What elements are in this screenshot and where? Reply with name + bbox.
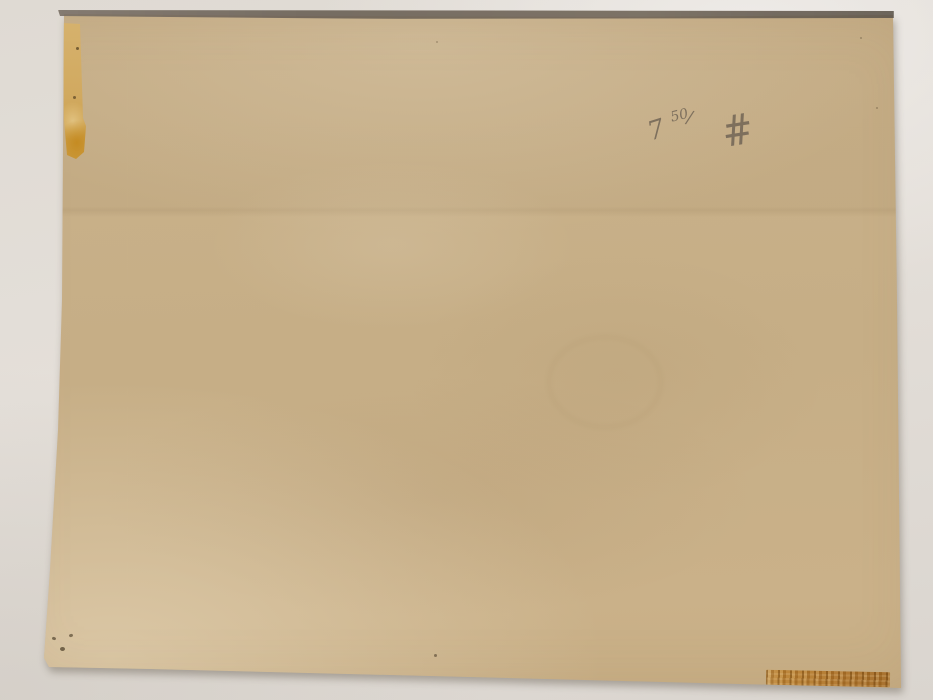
tape-residue-top-left [62, 23, 89, 159]
price-whole-digit: 7 [644, 114, 669, 148]
foxing-speck [60, 647, 65, 651]
foxing-speck [876, 107, 878, 109]
photo-verso-paper: 7 50 / # [0, 0, 933, 700]
tape-texture [766, 670, 890, 688]
paper-shadow-wrap: 7 50 / # [0, 0, 933, 700]
foxing-speck [436, 41, 438, 43]
foxing-speck [52, 636, 57, 640]
foxing-speck [434, 654, 437, 657]
water-stain [548, 336, 662, 428]
foxing-speck [860, 37, 862, 39]
photo-backdrop: 7 50 / # [0, 0, 933, 700]
foxing-speck [73, 96, 76, 99]
hash-mark: # [719, 104, 757, 157]
pencil-inscription: 7 50 / # [628, 84, 803, 162]
foxing-speck [76, 47, 79, 50]
foxing-speck [69, 634, 74, 638]
tape-strip-bottom-right [766, 670, 890, 688]
